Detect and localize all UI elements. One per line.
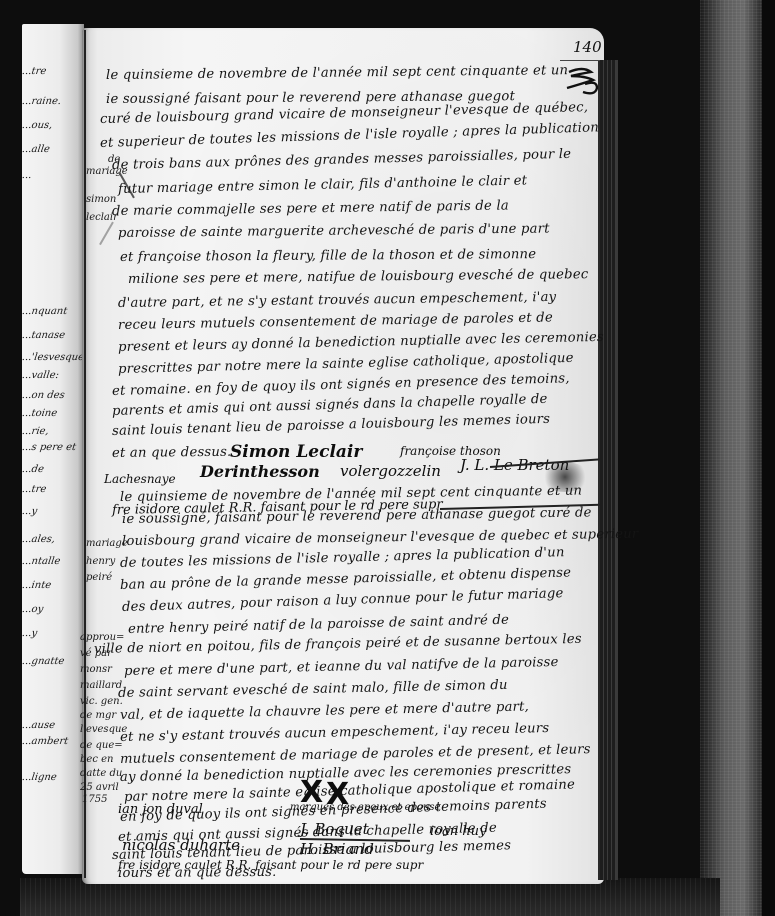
signature-nicolas-duharte: nicolas duharte xyxy=(122,836,240,854)
left-page-fragment: ...alle xyxy=(22,144,51,155)
left-page-fragment: ...rie, xyxy=(22,426,49,437)
entry-2-margin-note: henry xyxy=(86,556,115,567)
left-page-fragment: ...gnatte xyxy=(22,656,65,667)
signature-briand: H. Briand xyxy=(300,840,374,858)
signature-derinthesson: Derinthesson xyxy=(200,462,320,481)
entry-2-officiant-signature: fre isidore caulet R.R. faisant pour le … xyxy=(118,858,423,872)
entry-2-margin-note: peiré xyxy=(86,572,112,583)
left-page-fragment: ...de xyxy=(22,464,45,475)
signature-boquet: J. Boquet xyxy=(300,820,369,838)
stacked-page-edges xyxy=(598,60,618,880)
left-page-fragment: ...raine. xyxy=(22,96,62,107)
signature-volergozzelin: volergozzelin xyxy=(340,462,441,480)
signature-duval: ian jon duval xyxy=(118,802,203,817)
left-page-fragment: ...y xyxy=(22,628,38,639)
left-page-fragment: ...on des xyxy=(22,390,65,401)
entry-1-line: et an que dessus. xyxy=(112,445,232,461)
left-page-fragment: ...toine xyxy=(22,408,58,419)
left-page-fragment: ...ales, xyxy=(22,534,56,545)
left-page-fragment: ...ligne xyxy=(22,772,57,783)
left-page-fragment: ...ambert xyxy=(22,736,69,747)
marks-caption: marques des epoux et epouse xyxy=(290,802,440,813)
left-page-fragment: ...nquant xyxy=(22,306,68,317)
left-page-fragment: ...ous, xyxy=(22,120,53,131)
entry-2-margin-note: bec en xyxy=(80,754,113,765)
left-page-fragment: ...tre xyxy=(22,66,47,77)
entry-2-margin-note: vic. gen. xyxy=(80,696,123,707)
left-page-fragment: ...'lesvesque xyxy=(22,352,84,363)
left-page-fragment: ... xyxy=(22,170,32,181)
entry-2-margin-note: monsr xyxy=(80,664,112,675)
signature-lachesnaye: Lachesnaye xyxy=(104,472,176,486)
left-page-fragment: ...valle: xyxy=(22,370,60,381)
signature-ioan-huy: ioan huy xyxy=(430,824,486,839)
entry-2-margin-note: maillard xyxy=(80,680,122,691)
entry-1-line: et françoise thoson la fleury, fille de … xyxy=(120,247,536,265)
entry-2-margin-note: 1755 xyxy=(82,794,107,805)
paraph-flourish-icon xyxy=(565,66,599,96)
entry-2-margin-note: datte du xyxy=(80,768,122,779)
left-page-fragment: ...ause xyxy=(22,720,56,731)
left-page-fragment: ...y xyxy=(22,506,38,517)
entry-2-margin-note: de mgr xyxy=(80,710,116,721)
header-rule xyxy=(560,60,600,61)
left-facing-page: ...tre ...raine. ...ous, ...alle ... ...… xyxy=(22,24,84,874)
signature-simon-leclair: Simon Leclair xyxy=(230,442,362,462)
entry-2-margin-note: 25 avril xyxy=(80,782,119,793)
folio-number: 140 xyxy=(573,38,602,56)
left-page-fragment: ...s pere et xyxy=(22,442,77,453)
left-page-fragment: ...oy xyxy=(22,604,44,615)
entry-2-margin-note: de que= xyxy=(80,740,123,751)
scan-border-right xyxy=(762,0,775,916)
left-page-fragment: ...inte xyxy=(22,580,52,591)
left-page-fragment: ...tanase xyxy=(22,330,66,341)
left-page-fragment: ...tre xyxy=(22,484,47,495)
left-page-fragment: ...ntalle xyxy=(22,556,61,567)
book-binding-edge xyxy=(700,0,762,916)
